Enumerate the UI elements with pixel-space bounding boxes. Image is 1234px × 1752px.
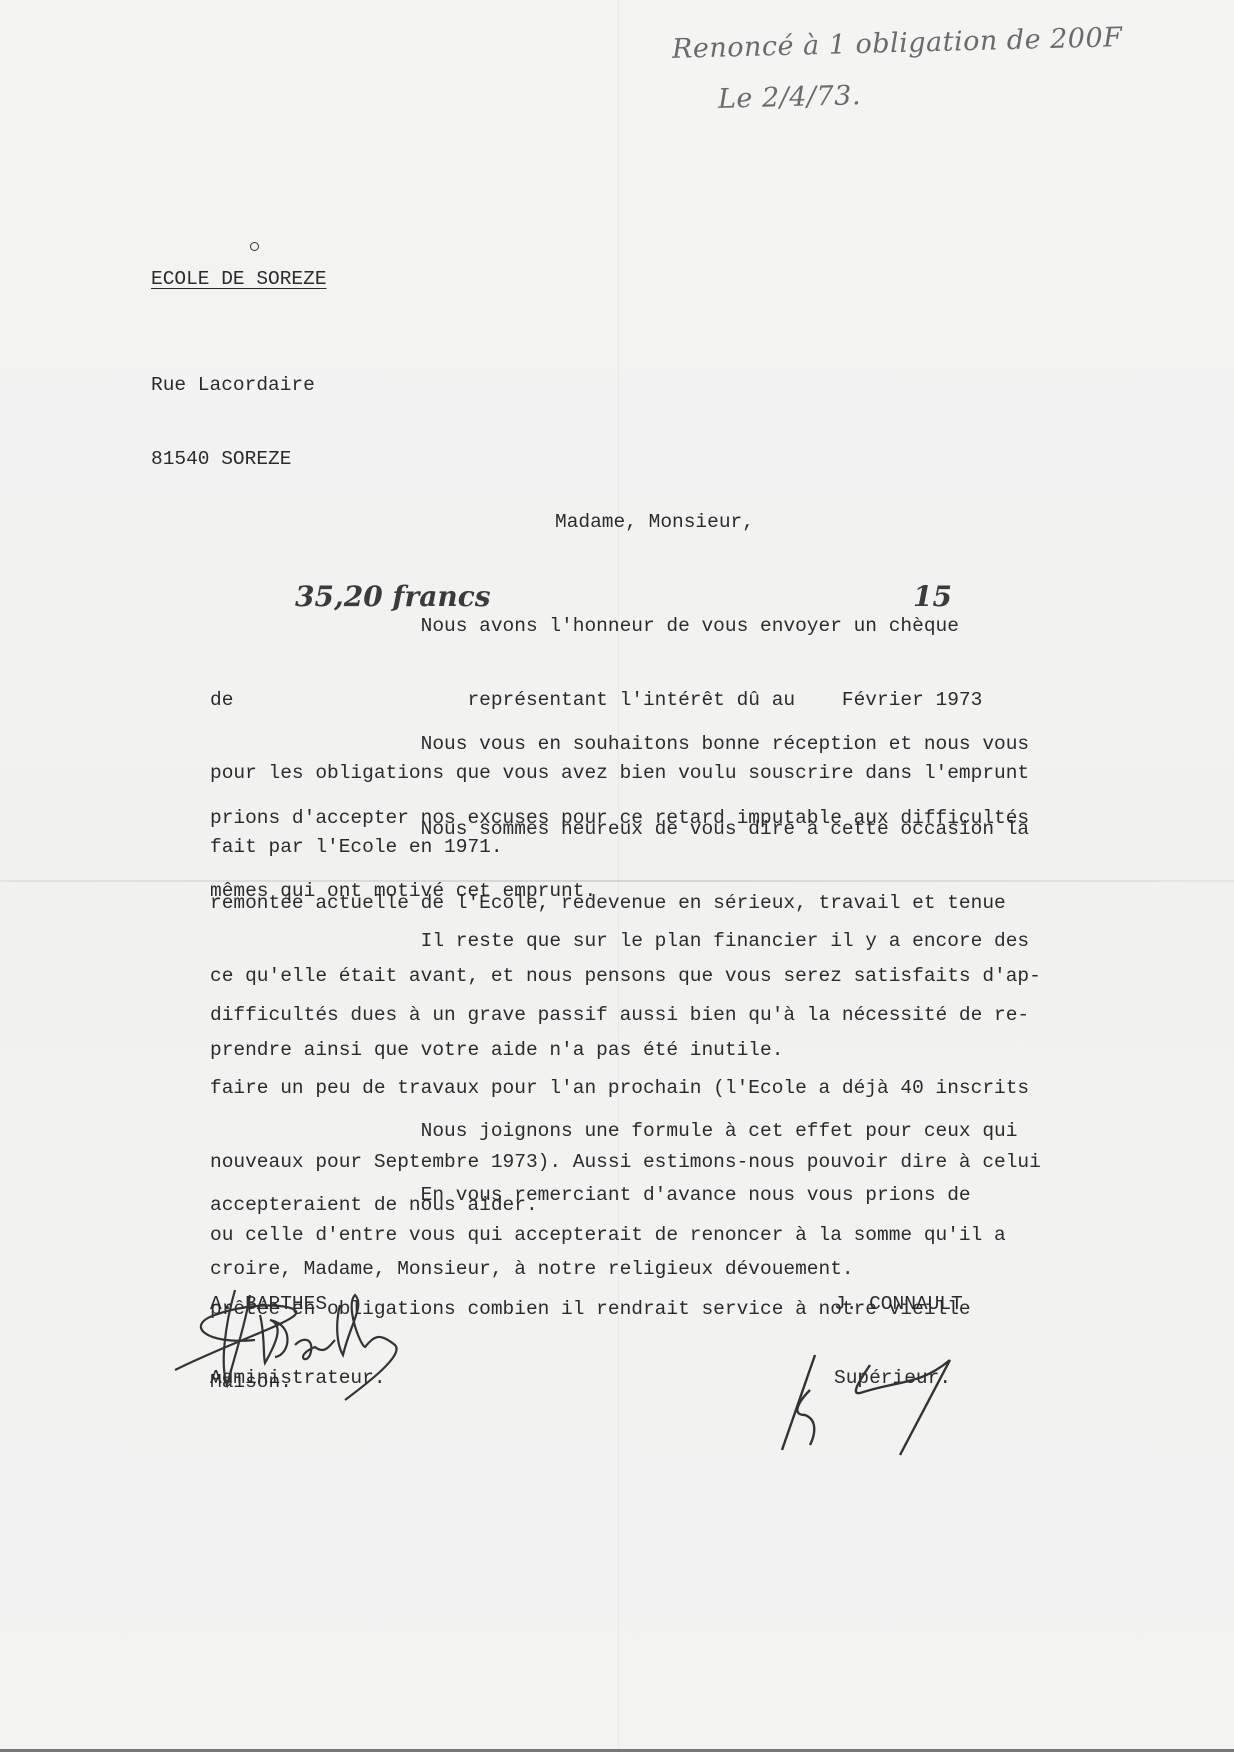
paragraph-line: Il reste que sur le plan financier il y … — [210, 929, 1041, 954]
salutation: Madame, Monsieur, — [555, 510, 754, 535]
letterhead-ornament — [250, 242, 259, 251]
paragraph-line: difficultés dues à un grave passif aussi… — [210, 1003, 1041, 1028]
signatory-name: J. CONNAULT — [834, 1292, 963, 1317]
school-city: 81540 SOREZE — [151, 447, 327, 472]
signature-connault — [770, 1350, 1000, 1460]
school-name: ECOLE DE SOREZE — [151, 267, 327, 292]
paragraph-line: En vous remerciant d'avance nous vous pr… — [210, 1183, 971, 1208]
letter-page: Renoncé à 1 obligation de 200F Le 2/4/73… — [0, 0, 1234, 1752]
letterhead: ECOLE DE SOREZE Rue Lacordaire 81540 SOR… — [151, 218, 327, 520]
school-street: Rue Lacordaire — [151, 373, 327, 398]
paragraph-line: Nous sommes heureux de vous dire à cette… — [210, 817, 1041, 842]
paragraph-line: Nous vous en souhaitons bonne réception … — [210, 732, 1029, 757]
handwritten-amount: 35,20 francs — [295, 580, 491, 613]
paragraph-line: Nous avons l'honneur de vous envoyer un … — [210, 614, 1029, 639]
handwritten-annotation-date: Le 2/4/73. — [718, 80, 862, 115]
handwritten-annotation-line1: Renoncé à 1 obligation de 200F — [672, 22, 1123, 65]
signature-barthes — [165, 1285, 425, 1405]
handwritten-day: 15 — [913, 580, 952, 613]
